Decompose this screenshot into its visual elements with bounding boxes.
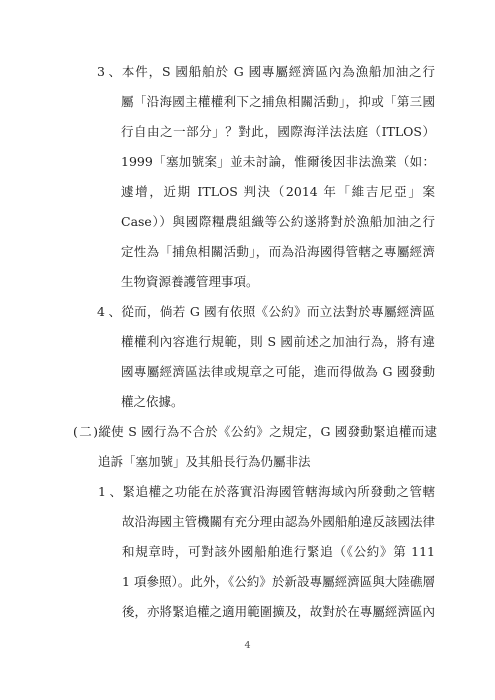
item4-line-3: 國專屬經濟區法律或規章之可能，進而得做為 G 國發動緊追 bbox=[0, 357, 495, 387]
document-page: 3、本件，S 國船舶於 G 國專屬經濟區內為漁船加油之行為，究 屬「沿海國主權權… bbox=[0, 0, 495, 700]
item3-line-8: 生物資源養護管理事項。 bbox=[0, 267, 495, 297]
item4-line-4: 權之依據。 bbox=[0, 387, 495, 417]
page-content: 3、本件，S 國船舶於 G 國專屬經濟區內為漁船加油之行為，究 屬「沿海國主權權… bbox=[0, 57, 495, 627]
sub1-text-1: 緊追權之功能在於落實沿海國管轄海域內所發動之管轄權， bbox=[98, 484, 435, 507]
item3-line-5: 遽增，近期 ITLOS 判決（2014 年「維吉尼亞」案（Virginia bbox=[0, 177, 495, 207]
sub1-line-4: 1 項參照）。此外，《公約》於新設專屬經濟區與大陸礁層之 bbox=[0, 567, 495, 597]
item3-line-6: Case））與國際糧農組織等公約遂將對於漁船加油之行為， bbox=[0, 207, 495, 237]
item3-text-1: 本件，S 國船舶於 G 國專屬經濟區內為漁船加油之行為，究 bbox=[97, 64, 435, 87]
heading2-line-1: (二)縱使 S 國行為不合於《公約》之規定，G 國發動緊追權而逮捕及 bbox=[0, 417, 495, 447]
sub1-line-1: 1、緊追權之功能在於落實沿海國管轄海域內所發動之管轄權， bbox=[0, 477, 495, 507]
item3-number: 3、 bbox=[97, 57, 121, 87]
sub1-line-2: 故沿海國主管機關有充分理由認為外國船舶違反該國法律 bbox=[0, 507, 495, 537]
item3-line-2: 屬「沿海國主權權利下之捕魚相關活動」，抑或「第三國航 bbox=[0, 87, 495, 117]
item3-line-4: 1999「塞加號案」並未討論，惟爾後因非法漁業（如：IUU） bbox=[0, 147, 495, 177]
item4-text-1: 從而，倘若 G 國有依照《公約》而立法對於專屬經濟區之主 bbox=[97, 304, 435, 327]
sub1-line-3: 和規章時，可對該外國船舶進行緊追（《公約》第 111 條第 bbox=[0, 537, 495, 567]
sub1-line-5: 後，亦將緊追權之適用範圍擴及，故對於在專屬經濟區內或 bbox=[0, 597, 495, 627]
item3-line-3: 行自由之一部分」？對此，國際海洋法法庭（ITLOS）雖於 bbox=[0, 117, 495, 147]
heading2-number: (二) bbox=[73, 417, 98, 447]
heading2-text-1: 縱使 S 國行為不合於《公約》之規定，G 國發動緊追權而逮捕及 bbox=[73, 424, 437, 447]
item4-line-1: 4、從而，倘若 G 國有依照《公約》而立法對於專屬經濟區之主 bbox=[0, 297, 495, 327]
item3-line-1: 3、本件，S 國船舶於 G 國專屬經濟區內為漁船加油之行為，究 bbox=[0, 57, 495, 87]
sub1-number: 1、 bbox=[98, 477, 122, 507]
heading2-line-2: 追訴「塞加號」及其船長行為仍屬非法 bbox=[0, 447, 495, 477]
item4-number: 4、 bbox=[97, 297, 121, 327]
item4-line-2: 權權利內容進行規範，則 S 國前述之加油行為，將有違反 G bbox=[0, 327, 495, 357]
item3-line-7: 定性為「捕魚相關活動」，而為沿海國得管轄之專屬經濟區 bbox=[0, 237, 495, 267]
page-number: 4 bbox=[0, 639, 495, 653]
